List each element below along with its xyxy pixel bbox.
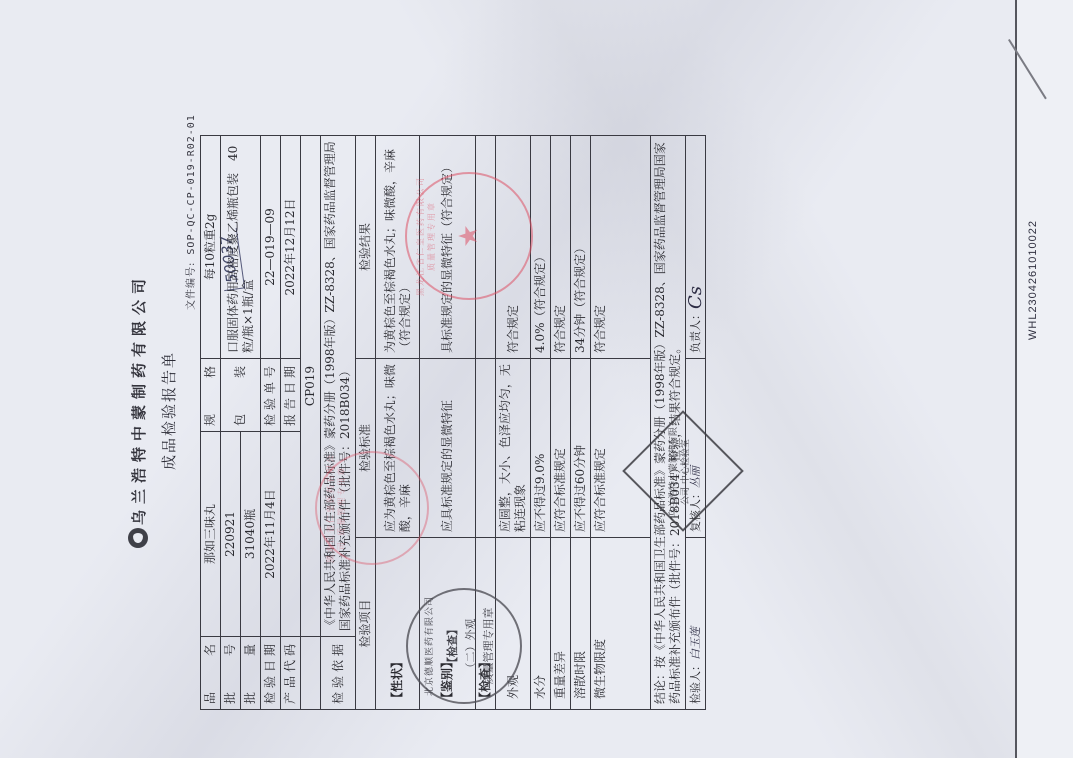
test-date: 2022年11月4日 <box>261 431 281 636</box>
product-name: 那如三味丸 <box>201 431 221 636</box>
basis-label: 检验依据 <box>321 637 356 710</box>
check-header-spacer <box>476 358 496 537</box>
issuer-name: 乌兰浩特中蒙制药有限公司 <box>128 273 149 525</box>
package-label: 包 装 <box>221 358 261 431</box>
product-code-label-2 <box>301 637 321 710</box>
check-standard: 应符合标准规定 <box>591 358 651 537</box>
batch-qty-label: 批 量 <box>241 637 261 710</box>
product-code: CP019 <box>301 136 321 637</box>
gray-stamp-line2: 【检查】 <box>444 590 460 702</box>
batch-qty: 31040瓶 <box>241 431 261 636</box>
responsible-cell: 负责人： Cs <box>686 136 706 359</box>
doc-number-label: 文件编号: <box>186 262 197 310</box>
check-item: 水分 <box>531 538 551 710</box>
check-item: 重量差异 <box>551 538 571 710</box>
check-standard: 应符合标准规定 <box>551 358 571 537</box>
check-standard: 应不得过9.0% <box>531 358 551 537</box>
check-result: 34分钟（符合规定） <box>571 136 591 359</box>
side-header: WHL2304261010022 黑龙江省仁皇医药有限公司· <box>1027 40 1051 740</box>
gray-round-stamp: 北京德顺医药有限公司 【检查】 （二）外观 质量管理专用章 <box>406 588 522 704</box>
test-no-label: 检验单号 <box>261 358 281 431</box>
report-date-label: 报告日期 <box>281 358 301 431</box>
inspector-cell: 检验人： 白玉莲 <box>686 538 706 710</box>
gray-stamp-line1: 北京德顺医药有限公司 <box>422 590 435 702</box>
table-row: 水分 应不得过9.0% 4.0%（符合规定） <box>531 136 551 710</box>
stamp-text: 黑龙江省仁皇医药有限公司 质量管理专用章 <box>415 174 437 298</box>
inspector-signature: 白玉莲 <box>688 627 703 660</box>
check-result: 4.0%（符合规定） <box>531 136 551 359</box>
red-company-stamp: 黑龙江省仁皇医药有限公司 质量管理专用章 ★ <box>405 172 533 300</box>
package: 口服固体药用高密度聚乙烯瓶包装 40粒/瓶×1瓶/盒 <box>221 136 261 359</box>
red-company-stamp-faded: 黑龙江省仁皇医药有限公司 质量管理专用章 <box>315 451 429 565</box>
report-date: 2022年12月12日 <box>281 136 301 359</box>
gray-stamp-line4: 质量管理专用章 <box>480 590 496 702</box>
side-header-code: WHL2304261010022 <box>1027 220 1039 340</box>
table-row: 微生物限度 应符合标准规定 符合规定 <box>591 136 651 710</box>
check-result: 符合规定 <box>591 136 651 359</box>
test-date-label: 检验日期 <box>261 637 281 710</box>
product-name-label: 品 名 <box>201 637 221 710</box>
doc-number: 文件编号: SOP-QC-CP-019-R02-01 <box>182 114 197 310</box>
responsible-signature: Cs <box>688 286 703 309</box>
check-item: 溶散时限 <box>571 538 591 710</box>
spec-label: 规 格 <box>201 358 221 431</box>
report-date-spacer <box>281 431 301 636</box>
gray-stamp-line3: （二）外观 <box>462 590 478 702</box>
table-row: 溶散时限 应不得过60分钟 34分钟（符合规定） <box>571 136 591 710</box>
check-result: 符合规定 <box>551 136 571 359</box>
batch-no: 220921 <box>221 431 241 636</box>
report-title: 成品检验报告单 <box>158 351 179 470</box>
inspection-report-sheet: 乌兰浩特中蒙制药有限公司 成品检验报告单 文件编号: SOP-QC-CP-019… <box>120 100 980 740</box>
stamp-text: 黑龙江省仁皇医药有限公司 质量管理专用章 <box>325 453 347 563</box>
batch-no-label: 批 号 <box>221 637 241 710</box>
test-no: 22—019—09 <box>261 136 281 359</box>
company-logo-icon <box>128 528 148 548</box>
check-standard: 应不得过60分钟 <box>571 358 591 537</box>
product-code-label: 产品代码 <box>281 637 301 710</box>
doc-number-value: SOP-QC-CP-019-R02-01 <box>186 114 197 254</box>
table-row: 重量差异 应符合标准规定 符合规定 <box>551 136 571 710</box>
items-header-result: 检验结果 <box>356 136 376 359</box>
star-icon: ★ <box>454 224 484 247</box>
spec: 每10粒重2g <box>201 136 221 359</box>
check-item: 微生物限度 <box>591 538 651 710</box>
diamond-stamp-text: 乌兰浩特中蒙制药有限公司 中心检验室 <box>668 424 692 520</box>
inspector-label: 检验人： <box>689 660 702 704</box>
check-standard: 应圆整，大小、色泽应均匀，无粘连现象 <box>496 358 531 537</box>
responsible-label: 负责人： <box>689 309 702 353</box>
